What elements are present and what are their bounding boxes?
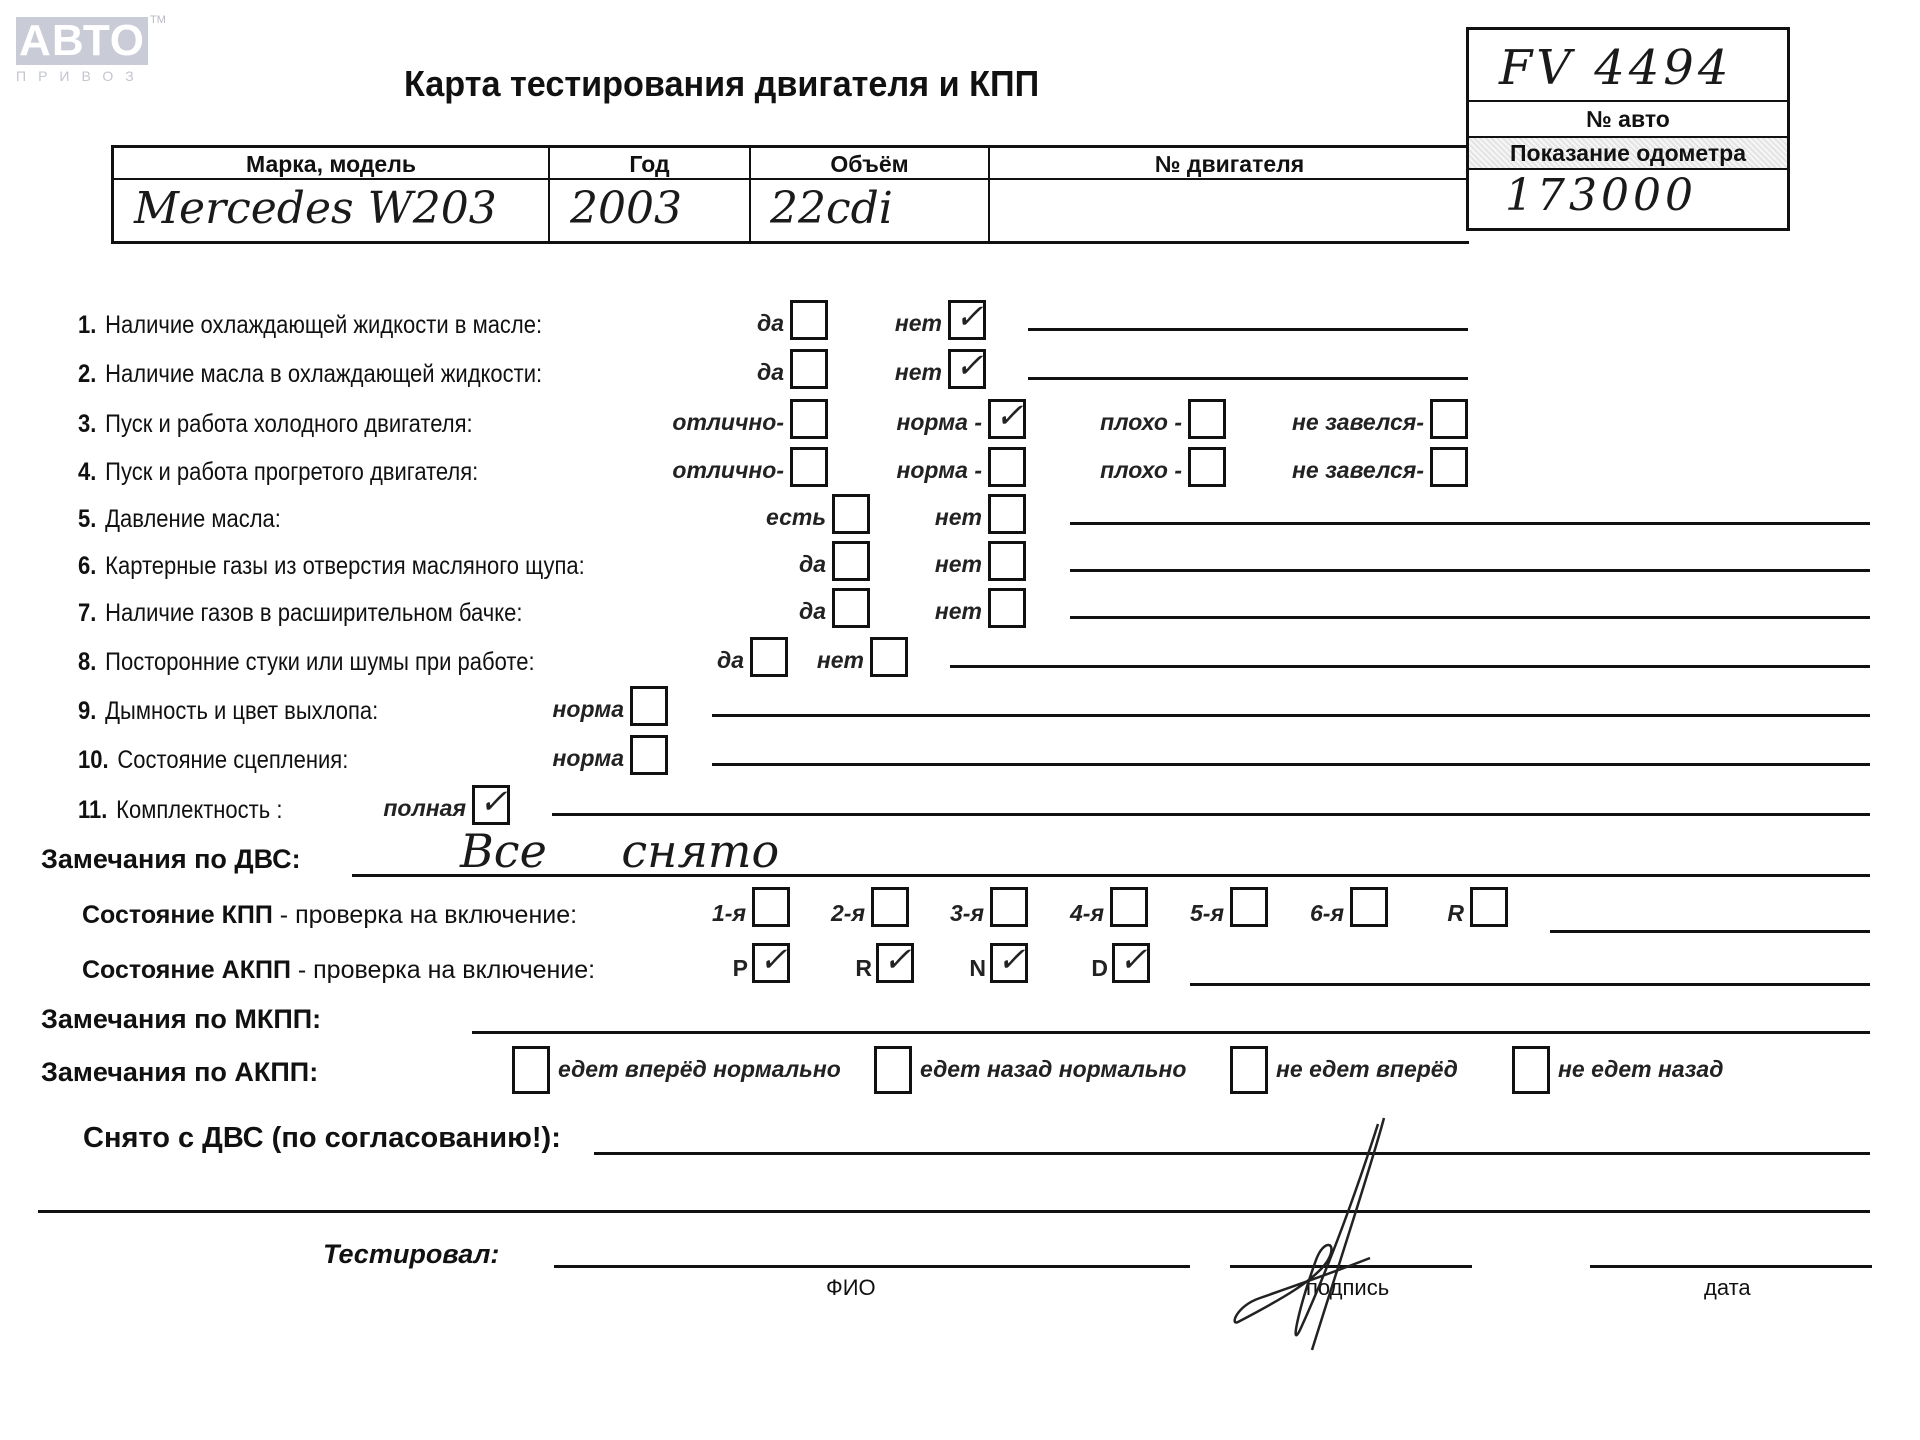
auto-info-box: FV 4494 № авто Показание одометра 173000 [1466, 27, 1790, 231]
gear-label: 3-я [950, 898, 984, 928]
checkbox[interactable] [790, 399, 828, 439]
checklist-question: 8.Посторонние стуки или шумы при работе: [78, 647, 535, 677]
gear-checkbox[interactable] [1230, 887, 1268, 927]
vehicle-table: Марка, модель Год Объём № двигателя Merc… [111, 145, 1469, 244]
akpp-remark-label: не едет назад [1558, 1054, 1723, 1084]
akpp-remark-label: не едет вперёд [1276, 1054, 1458, 1084]
checkbox[interactable] [472, 785, 510, 825]
checkbox[interactable] [630, 686, 668, 726]
gear-checkbox[interactable] [1112, 943, 1150, 983]
gear-checkbox[interactable] [990, 943, 1028, 983]
auto-gearbox-label: Состояние АКПП - проверка на включение: [82, 955, 595, 985]
option-label: норма [553, 694, 625, 724]
signature-mark [1220, 1110, 1400, 1360]
notes-line[interactable] [712, 763, 1870, 766]
option-label: норма - [896, 407, 982, 437]
checklist-question: 5.Давление масла: [78, 504, 281, 534]
akpp-remark-label: едет вперёд нормально [558, 1054, 841, 1084]
mkpp-remarks-line[interactable] [472, 1031, 1870, 1034]
notes-line[interactable] [1028, 377, 1468, 380]
checklist-question: 11.Комплектность : [78, 795, 282, 825]
checkbox[interactable] [948, 349, 986, 389]
notes-line[interactable] [1028, 328, 1468, 331]
logo-subtitle: ПРИВОЗ [16, 68, 148, 84]
auto-number-value[interactable]: FV 4494 [1499, 38, 1732, 98]
checklist-question: 3.Пуск и работа холодного двигателя: [78, 409, 473, 439]
tested-by-label: Тестировал: [323, 1238, 499, 1270]
year-value[interactable]: 2003 [570, 182, 682, 236]
notes-line[interactable] [712, 714, 1870, 717]
gear-checkbox[interactable] [1110, 887, 1148, 927]
option-label: полная [383, 793, 466, 823]
date-caption: дата [1704, 1275, 1751, 1301]
mkpp-remarks-label: Замечания по МКПП: [41, 1003, 321, 1035]
gear-checkbox[interactable] [1350, 887, 1388, 927]
gear-checkbox[interactable] [1470, 887, 1508, 927]
manual-gearbox-line [1550, 930, 1870, 933]
gear-label: 2-я [831, 898, 865, 928]
option-label: не завелся- [1292, 455, 1424, 485]
checkbox[interactable] [948, 300, 986, 340]
odometer-label: Показание одометра [1469, 138, 1787, 168]
name-caption: ФИО [826, 1275, 876, 1301]
option-label: норма - [896, 455, 982, 485]
notes-line[interactable] [1070, 616, 1870, 619]
checkbox[interactable] [630, 735, 668, 775]
akpp-remark-checkbox[interactable] [512, 1046, 550, 1094]
akpp-remarks-label: Замечания по АКПП: [41, 1056, 318, 1088]
notes-line[interactable] [950, 665, 1870, 668]
notes-line[interactable] [552, 813, 1870, 816]
odometer-value[interactable]: 173000 [1505, 170, 1697, 222]
logo: АВТО [16, 17, 148, 65]
gear-label: N [969, 953, 986, 983]
engine-remarks-label: Замечания по ДВС: [41, 843, 301, 875]
removed-line-2[interactable] [38, 1210, 1870, 1213]
option-label: есть [766, 502, 826, 532]
option-label: норма [553, 743, 625, 773]
akpp-remark-checkbox[interactable] [874, 1046, 912, 1094]
option-label: да [717, 645, 744, 675]
gear-label: 1-я [712, 898, 746, 928]
header-year: Год [550, 148, 749, 180]
gear-label: R [1447, 898, 1464, 928]
name-line[interactable] [554, 1265, 1190, 1268]
gear-checkbox[interactable] [752, 943, 790, 983]
checklist-question: 7.Наличие газов в расширительном бачке: [78, 598, 522, 628]
gear-label: 4-я [1070, 898, 1104, 928]
option-label: нет [935, 596, 982, 626]
volume-value[interactable]: 22cdi [770, 182, 893, 236]
gear-checkbox[interactable] [990, 887, 1028, 927]
checklist-question: 1.Наличие охлаждающей жидкости в масле: [78, 310, 542, 340]
checkbox[interactable] [1188, 399, 1226, 439]
option-label: нет [895, 308, 942, 338]
checkbox[interactable] [1430, 447, 1468, 487]
auto-number-label: № авто [1469, 102, 1787, 136]
page-title: Карта тестирования двигателя и КПП [404, 62, 1039, 106]
option-label: да [757, 308, 784, 338]
checkbox[interactable] [988, 494, 1026, 534]
checkbox[interactable] [790, 349, 828, 389]
checklist-question: 6.Картерные газы из отверстия масляного … [78, 551, 585, 581]
checkbox[interactable] [988, 399, 1026, 439]
checkbox[interactable] [870, 637, 908, 677]
option-label: да [799, 596, 826, 626]
manual-gearbox-label: Состояние КПП - проверка на включение: [82, 900, 577, 930]
removed-label: Снято с ДВС (по согласованию!): [83, 1122, 561, 1154]
option-label: нет [895, 357, 942, 387]
gear-label: R [855, 953, 872, 983]
engine-remarks-line [352, 874, 1870, 877]
checkbox[interactable] [988, 447, 1026, 487]
logo-trademark: TM [150, 14, 166, 26]
akpp-remark-checkbox[interactable] [1512, 1046, 1550, 1094]
gear-label: D [1091, 953, 1108, 983]
engine-remarks-value[interactable]: Все снято [460, 826, 779, 876]
option-label: да [799, 549, 826, 579]
akpp-remark-checkbox[interactable] [1230, 1046, 1268, 1094]
date-line[interactable] [1590, 1265, 1872, 1268]
checkbox[interactable] [832, 588, 870, 628]
notes-line[interactable] [1070, 569, 1870, 572]
gear-checkbox[interactable] [871, 887, 909, 927]
option-label: плохо - [1100, 407, 1182, 437]
header-engine-number: № двигателя [990, 148, 1469, 180]
gear-checkbox[interactable] [876, 943, 914, 983]
checkbox[interactable] [1188, 447, 1226, 487]
header-make-model: Марка, модель [114, 148, 548, 180]
checkbox[interactable] [790, 447, 828, 487]
header-volume: Объём [751, 148, 988, 180]
notes-line[interactable] [1070, 522, 1870, 525]
checkbox[interactable] [832, 494, 870, 534]
checkbox[interactable] [832, 541, 870, 581]
checklist-question: 2.Наличие масла в охлаждающей жидкости: [78, 359, 542, 389]
checkbox[interactable] [1430, 399, 1468, 439]
gear-label: 5-я [1190, 898, 1224, 928]
option-label: нет [817, 645, 864, 675]
make-model-value[interactable]: Mercedes W203 [134, 182, 497, 236]
gear-checkbox[interactable] [752, 887, 790, 927]
checkbox[interactable] [750, 637, 788, 677]
checkbox[interactable] [790, 300, 828, 340]
option-label: отлично- [672, 455, 784, 485]
option-label: не завелся- [1292, 407, 1424, 437]
gear-label: 6-я [1310, 898, 1344, 928]
auto-gearbox-line [1190, 983, 1870, 986]
gear-label: P [733, 953, 748, 983]
option-label: нет [935, 549, 982, 579]
akpp-remark-label: едет назад нормально [920, 1054, 1186, 1084]
checklist-question: 10.Состояние сцепления: [78, 745, 348, 775]
option-label: да [757, 357, 784, 387]
checkbox[interactable] [988, 541, 1026, 581]
checklist-question: 4.Пуск и работа прогретого двигателя: [78, 457, 478, 487]
checklist-question: 9.Дымность и цвет выхлопа: [78, 696, 378, 726]
option-label: нет [935, 502, 982, 532]
option-label: плохо - [1100, 455, 1182, 485]
option-label: отлично- [672, 407, 784, 437]
checkbox[interactable] [988, 588, 1026, 628]
